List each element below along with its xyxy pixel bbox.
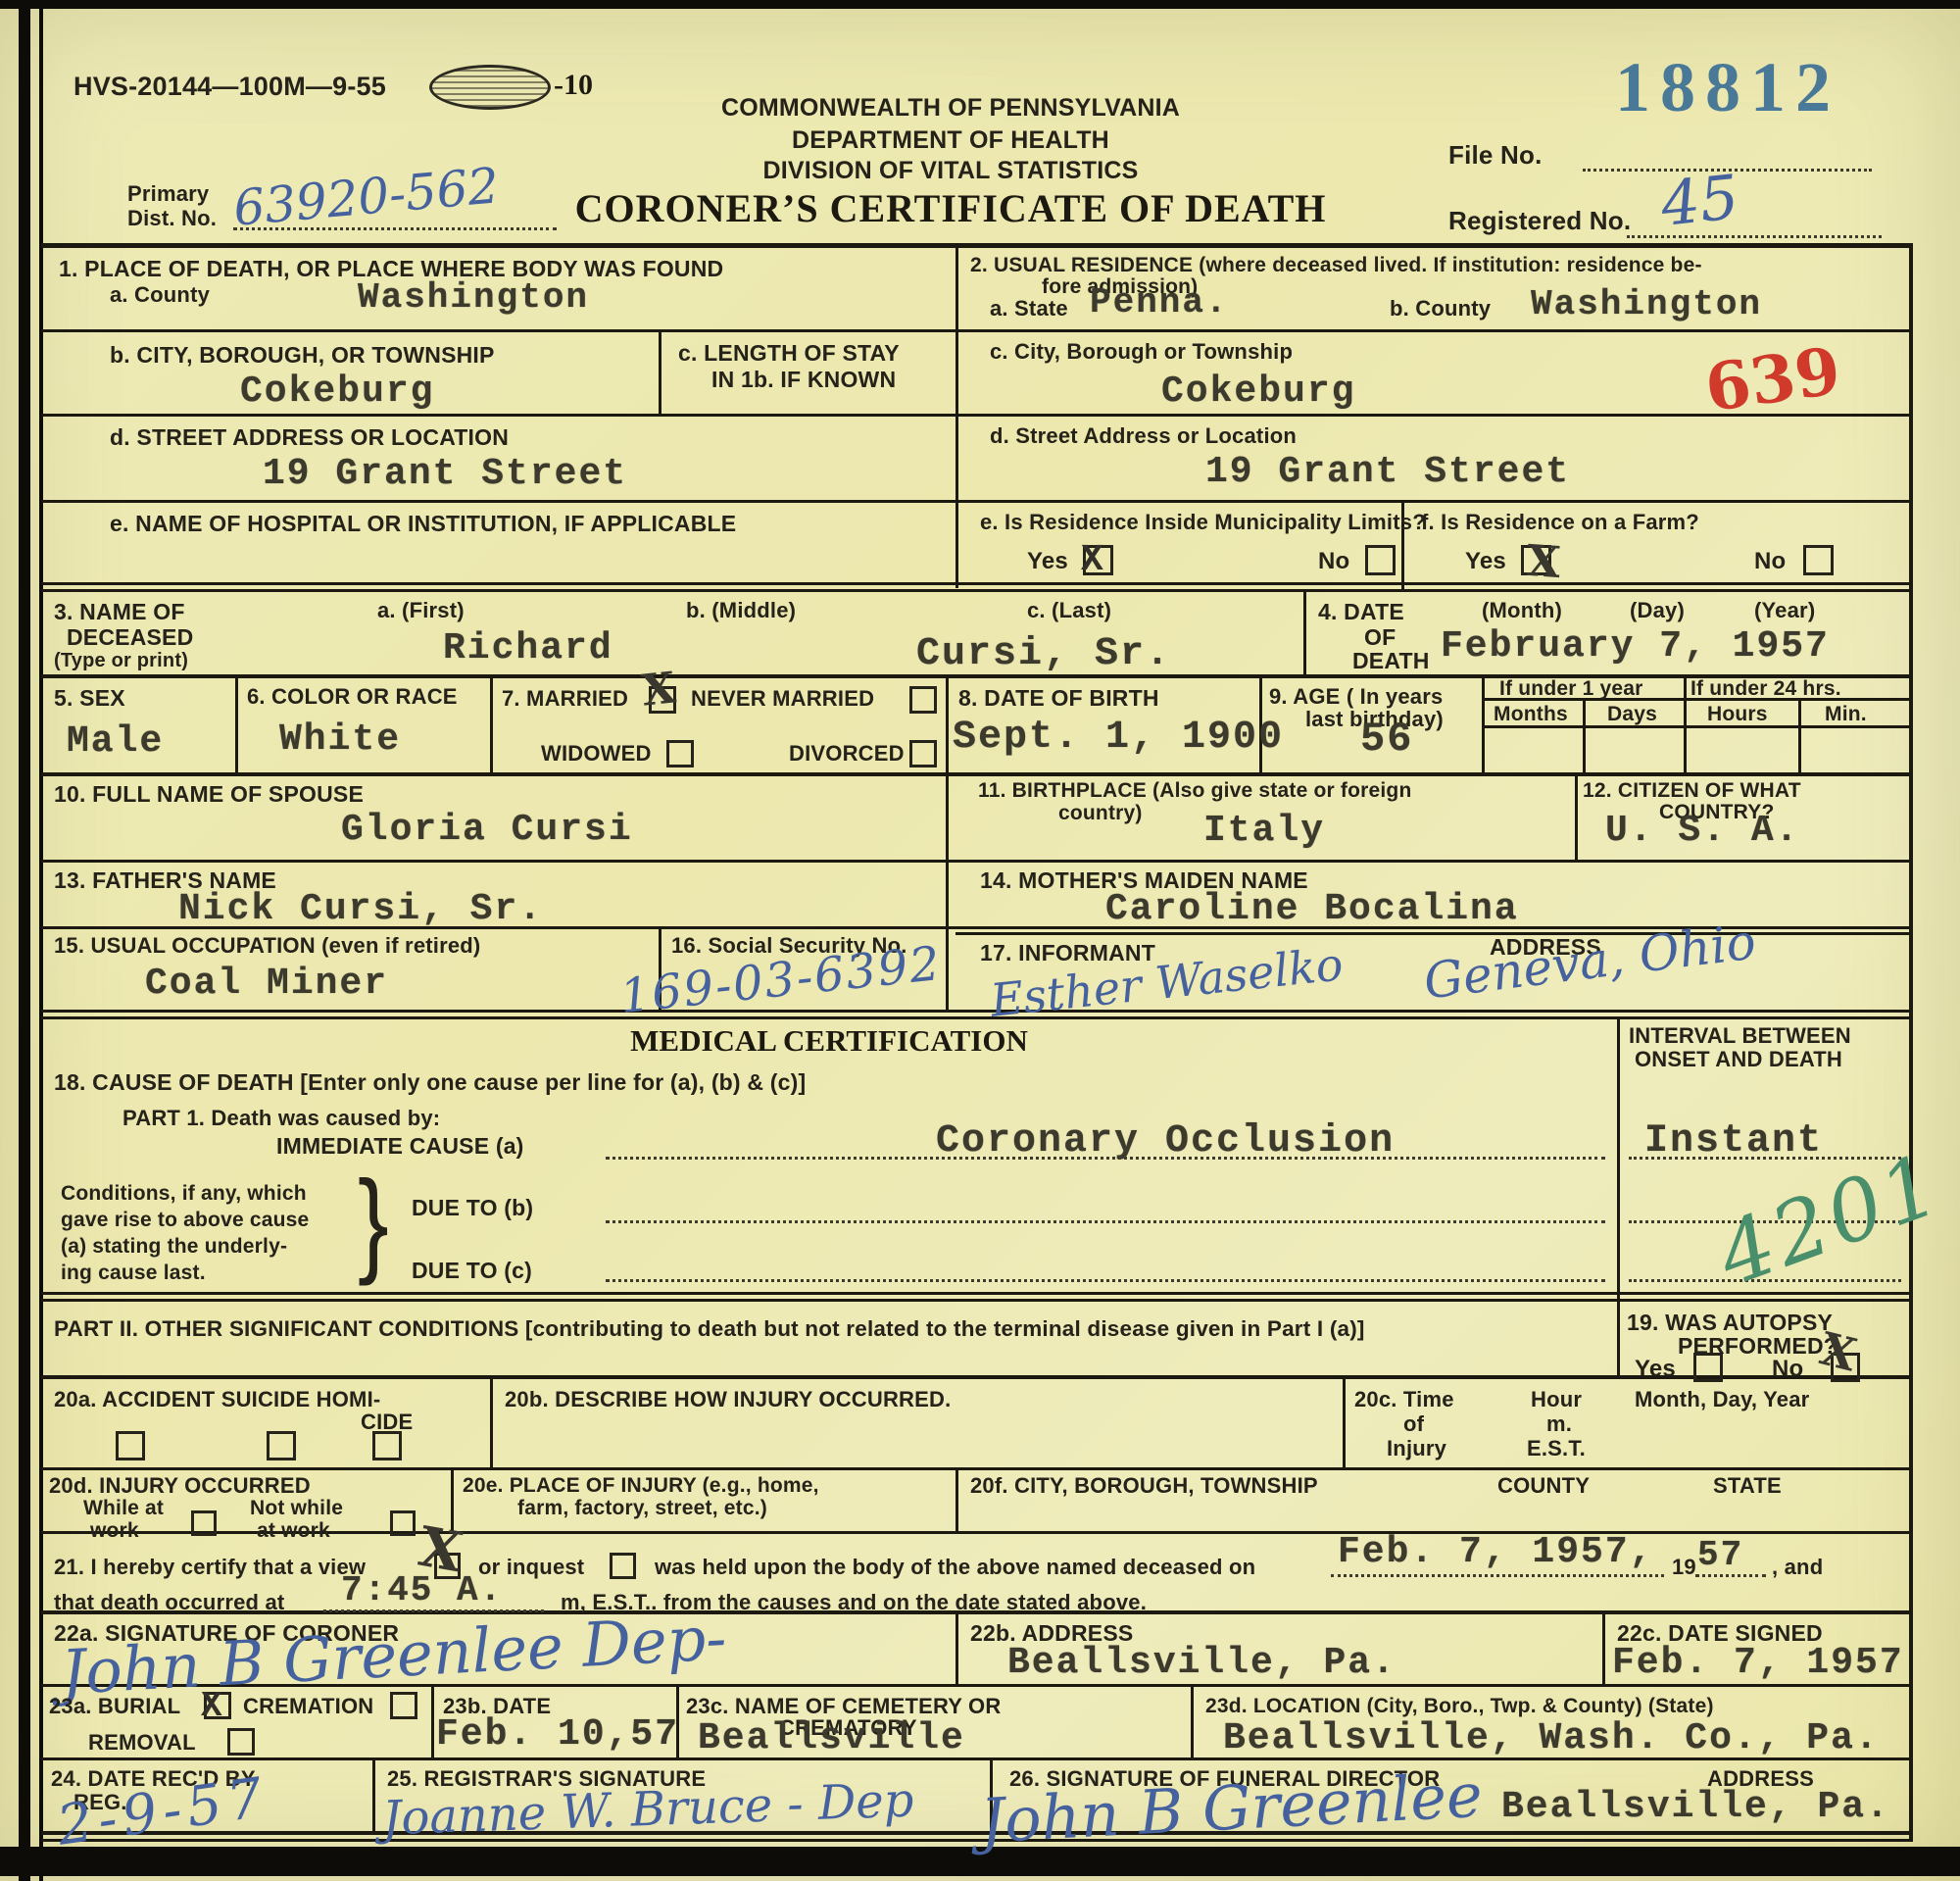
s20d-while-2: work: [90, 1518, 139, 1544]
s1d-value: 19 Grant Street: [263, 453, 627, 495]
rule: [41, 329, 1913, 332]
s9-under24-label: If under 24 hrs.: [1690, 676, 1841, 702]
rule: [946, 772, 949, 863]
s1a-value: Washington: [358, 277, 589, 318]
due-c-label: DUE TO (c): [412, 1257, 532, 1284]
s20f-county-label: COUNTY: [1497, 1473, 1590, 1500]
s2d-value: 19 Grant Street: [1205, 451, 1570, 493]
file-no-label: File No.: [1448, 140, 1543, 172]
rule: [1343, 1375, 1346, 1470]
rule: [1617, 1016, 1620, 1378]
s11-value: Italy: [1203, 810, 1325, 852]
s20a-suicide-checkbox[interactable]: [267, 1431, 296, 1460]
s21-line1-post: was held upon the body of the above name…: [655, 1555, 1255, 1581]
s20d-notwhile-2: at work: [257, 1518, 330, 1544]
s9-min-label: Min.: [1825, 702, 1867, 727]
rule: [41, 1299, 1913, 1302]
conditions-label-2: gave rise to above cause: [61, 1208, 309, 1233]
s19-no-label: No: [1772, 1355, 1803, 1383]
s7-widowed-checkbox[interactable]: [666, 740, 694, 767]
scan-left-edge-thick: [19, 7, 30, 1881]
certificate-title: CORONER’S CERTIFICATE OF DEATH: [568, 185, 1333, 231]
s3b-label: b. (Middle): [686, 598, 796, 624]
cause-a-line: [606, 1157, 1605, 1160]
conditions-label-3: (a) stating the underly-: [61, 1234, 287, 1260]
part1-label-1: PART 1. Death was caused by:: [122, 1106, 440, 1132]
s22b-value: Beallsville, Pa.: [1007, 1642, 1396, 1684]
s2e-yes-label: Yes: [1027, 547, 1068, 575]
rule: [41, 860, 1913, 863]
s4-day-label: (Day): [1630, 598, 1685, 624]
s10-value: Gloria Cursi: [341, 809, 633, 851]
primary-dist-label-1: Primary: [127, 181, 209, 208]
scan-left-edge-thin: [39, 7, 43, 1881]
primary-dist-label-2: Dist. No.: [127, 206, 217, 232]
s15-label: 15. USUAL OCCUPATION (even if retired): [54, 933, 480, 960]
s2f-yes-label: Yes: [1465, 547, 1506, 575]
rule: [41, 1839, 1913, 1842]
rule: [41, 1467, 1913, 1470]
s21-year-prefix: 19: [1672, 1555, 1696, 1581]
rule: [41, 589, 1913, 592]
s20c-m-label: m.: [1546, 1411, 1572, 1438]
rule: [1798, 698, 1801, 775]
s11-label-1: 11. BIRTHPLACE (Also give state or forei…: [978, 778, 1411, 804]
s2a-value: Penna.: [1090, 282, 1229, 322]
rule: [41, 1016, 1913, 1019]
s1c-label-2: IN 1b. IF KNOWN: [711, 366, 896, 393]
s23a-cremation-checkbox[interactable]: [390, 1692, 417, 1719]
s3-label-1: 3. NAME OF: [54, 598, 185, 625]
rule: [955, 243, 958, 588]
s2a-label: a. State: [990, 296, 1068, 322]
s1d-label: d. STREET ADDRESS OR LOCATION: [110, 423, 509, 451]
s2c-label: c. City, Borough or Township: [990, 339, 1293, 366]
s21-year-line: [1695, 1574, 1766, 1577]
s23a-burial-x-mark: X: [201, 1686, 222, 1726]
org-line-3: DIVISION OF VITAL STATISTICS: [588, 156, 1313, 186]
s13-value: Nick Cursi, Sr.: [178, 888, 543, 930]
s20c-hour-label: Hour: [1531, 1387, 1582, 1413]
due-b-line: [606, 1220, 1605, 1223]
s3c-value: Cursi, Sr.: [916, 632, 1171, 676]
s3-label-3: (Type or print): [54, 649, 188, 672]
org-line-2: DEPARTMENT OF HEALTH: [588, 125, 1313, 156]
s2e-no-label: No: [1318, 547, 1349, 575]
s10-label: 10. FULL NAME OF SPOUSE: [54, 780, 364, 808]
rule: [41, 582, 1913, 585]
s26-address-value: Beallsville, Pa.: [1501, 1786, 1890, 1828]
s23a-removal-checkbox[interactable]: [227, 1728, 255, 1756]
s6-value: White: [279, 718, 401, 761]
s21-time-line: [323, 1609, 544, 1612]
s15-value: Coal Miner: [145, 963, 388, 1005]
rule: [1303, 589, 1306, 677]
conditions-label-4: ing cause last.: [61, 1261, 206, 1286]
s7-married-x-mark: X: [639, 663, 677, 716]
s21-year-value: 57: [1697, 1535, 1743, 1575]
s20c-injury-label: Injury: [1387, 1436, 1446, 1462]
s3a-label: a. (First): [377, 598, 465, 624]
scan-top-edge: [0, 0, 1960, 9]
due-c-line: [606, 1279, 1605, 1282]
s21-line2-pre: that death occurred at: [54, 1590, 284, 1616]
s20c-est-label: E.S.T.: [1527, 1436, 1586, 1462]
rule: [41, 1375, 1913, 1379]
conditions-brace: }: [358, 1153, 389, 1295]
s5-label: 5. SEX: [54, 684, 125, 712]
s20f-state-label: STATE: [1713, 1473, 1782, 1500]
conditions-label-1: Conditions, if any, which: [61, 1181, 307, 1207]
s5-value: Male: [67, 720, 164, 763]
s8-label: 8. DATE OF BIRTH: [958, 684, 1159, 712]
s2f-no-label: No: [1754, 547, 1786, 575]
s9-days-label: Days: [1607, 702, 1657, 727]
s1c-label-1: c. LENGTH OF STAY: [678, 339, 900, 367]
rule: [659, 329, 661, 417]
stamp-suffix: -10: [554, 69, 593, 102]
s23a-removal-label: REMOVAL: [88, 1730, 196, 1757]
s1a-label: a. County: [110, 282, 210, 309]
s9-under1-label: If under 1 year: [1499, 676, 1643, 702]
s20a-label-1: 20a. ACCIDENT SUICIDE HOMI-: [54, 1387, 380, 1413]
registered-no-value: 45: [1657, 161, 1741, 240]
s2e-label: e. Is Residence Inside Municipality Limi…: [980, 510, 1426, 536]
rule: [1602, 1610, 1605, 1687]
s20b-label: 20b. DESCRIBE HOW INJURY OCCURRED.: [505, 1387, 951, 1413]
rule: [946, 926, 949, 1013]
s1b-label: b. CITY, BOROUGH, OR TOWNSHIP: [110, 341, 495, 369]
s2d-label: d. Street Address or Location: [990, 423, 1297, 450]
rule: [1575, 772, 1578, 863]
rule: [41, 500, 1913, 503]
s21-line1-end: , and: [1772, 1555, 1823, 1581]
s14-value: Caroline Bocalina: [1105, 888, 1519, 930]
s4-label-1: 4. DATE: [1318, 598, 1404, 625]
s4-label-3: DEATH: [1352, 647, 1430, 674]
s20a-accident-checkbox[interactable]: [116, 1431, 145, 1460]
rule: [372, 1757, 375, 1834]
s23a-burial-label: 23a. BURIAL: [49, 1694, 180, 1720]
registered-no-line: [1627, 235, 1882, 238]
rule: [1191, 1684, 1194, 1760]
s20c-mdy-label: Month, Day, Year: [1635, 1387, 1809, 1413]
interval-header-2: ONSET AND DEATH: [1635, 1047, 1842, 1073]
s7-never-married-checkbox[interactable]: [909, 686, 937, 714]
s4-year-label: (Year): [1754, 598, 1815, 624]
scan-bottom-bar: [0, 1847, 1960, 1876]
rule: [946, 860, 949, 929]
s23d-value: Beallsville, Wash. Co., Pa.: [1223, 1717, 1880, 1759]
part2-label: PART II. OTHER SIGNIFICANT CONDITIONS [c…: [54, 1315, 1365, 1342]
s21-time-value: 7:45 A.: [341, 1570, 503, 1610]
s20f-label: 20f. CITY, BOROUGH, TOWNSHIP: [970, 1473, 1318, 1500]
s7-married-label: 7. MARRIED: [502, 686, 628, 713]
s9-months-label: Months: [1494, 702, 1568, 727]
s20e-label-2: farm, factory, street, etc.): [517, 1496, 767, 1521]
part1-label-2: IMMEDIATE CAUSE (a): [276, 1132, 524, 1160]
s4-month-label: (Month): [1482, 598, 1562, 624]
s20e-label-1: 20e. PLACE OF INJURY (e.g., home,: [463, 1473, 819, 1499]
rule: [41, 1831, 1913, 1835]
s2f-no-checkbox[interactable]: [1803, 545, 1834, 575]
medical-certification-title: MEDICAL CERTIFICATION: [41, 1023, 1617, 1059]
interval-header-1: INTERVAL BETWEEN: [1629, 1023, 1851, 1050]
primary-dist-value: 63920-562: [231, 157, 501, 236]
s8-value: Sept. 1, 1900: [953, 716, 1284, 760]
s20c-of-label: of: [1403, 1411, 1424, 1438]
s18-label: 18. CAUSE OF DEATH [Enter only one cause…: [54, 1068, 806, 1096]
s20d-while-1: While at: [83, 1496, 164, 1521]
s2b-value: Washington: [1531, 284, 1762, 324]
rule: [955, 932, 1913, 935]
s7-divorced-checkbox[interactable]: [909, 740, 937, 767]
registered-no-label: Registered No.: [1448, 206, 1631, 237]
s20a-homicide-checkbox[interactable]: [372, 1431, 402, 1460]
s19-yes-checkbox[interactable]: [1693, 1353, 1723, 1382]
s22c-value: Feb. 7, 1957: [1612, 1642, 1904, 1684]
rule: [41, 1010, 1913, 1013]
s21-inquest-checkbox[interactable]: [610, 1553, 636, 1579]
rule: [41, 772, 1913, 776]
s2e-yes-x-mark: X: [1081, 539, 1103, 581]
s7-never-married-label: NEVER MARRIED: [691, 686, 874, 713]
rule: [1583, 698, 1586, 775]
s1b-value: Cokeburg: [240, 371, 434, 413]
rule: [946, 674, 949, 775]
s1e-label: e. NAME OF HOSPITAL OR INSTITUTION, IF A…: [110, 510, 736, 537]
rule: [235, 674, 238, 775]
rule: [431, 1684, 434, 1760]
s12-value: U. S. A.: [1605, 810, 1799, 852]
s2b-label: b. County: [1390, 296, 1491, 322]
s3a-value: Richard: [443, 627, 613, 669]
s20c-time-label: 20c. Time: [1354, 1387, 1454, 1413]
rule: [1909, 243, 1913, 1842]
s2f-label: f. Is Residence on a Farm?: [1421, 510, 1699, 536]
union-stamp-icon: [429, 65, 551, 110]
rule: [41, 243, 1913, 248]
rule: [955, 1467, 958, 1534]
s21-line1-pre: 21. I hereby certify that a view: [54, 1555, 366, 1581]
rule: [490, 1375, 493, 1470]
rule: [41, 1292, 1913, 1295]
rule: [490, 674, 493, 775]
s23d-label: 23d. LOCATION (City, Boro., Twp. & Count…: [1205, 1694, 1714, 1719]
s21-date-line: [1331, 1574, 1664, 1577]
s2c-value: Cokeburg: [1161, 371, 1355, 413]
s3c-label: c. (Last): [1027, 598, 1111, 624]
s9-value: 56: [1360, 716, 1413, 763]
certificate-scan: HVS-20144—100M—9-55 -10 COMMONWEALTH OF …: [0, 0, 1960, 1881]
s23b-value: Feb. 10,57: [436, 1713, 679, 1756]
s21-date-value: Feb. 7, 1957,: [1338, 1531, 1653, 1573]
s20d-while-checkbox[interactable]: [191, 1510, 217, 1536]
s20d-notwhile-checkbox[interactable]: [390, 1510, 416, 1536]
s19-yes-label: Yes: [1635, 1355, 1676, 1383]
s11-label-2: country): [1058, 801, 1143, 826]
s2e-no-checkbox[interactable]: [1365, 545, 1396, 575]
s6-label: 6. COLOR OR RACE: [247, 684, 458, 711]
s7-widowed-label: WIDOWED: [541, 741, 652, 767]
org-line-1: COMMONWEALTH OF PENNSYLVANIA: [588, 93, 1313, 124]
rule: [955, 1610, 958, 1687]
s4-value: February 7, 1957: [1441, 625, 1830, 668]
s3-label-2: DECEASED: [67, 623, 193, 651]
form-number: HVS-20144—100M—9-55: [73, 71, 386, 103]
s7-divorced-label: DIVORCED: [789, 741, 905, 767]
primary-dist-line: [233, 227, 557, 230]
rule: [41, 414, 1913, 417]
file-number-stamp: 18812: [1615, 47, 1840, 128]
s23a-cremation-label: CREMATION: [243, 1694, 373, 1720]
s9-hours-label: Hours: [1707, 702, 1768, 727]
due-b-label: DUE TO (b): [412, 1194, 533, 1221]
s20d-notwhile-1: Not while: [250, 1496, 343, 1521]
s2c-district-number: 639: [1700, 332, 1844, 426]
s23c-value: Beallsville: [698, 1717, 965, 1759]
s2f-yes-x-mark: X: [1525, 536, 1562, 588]
